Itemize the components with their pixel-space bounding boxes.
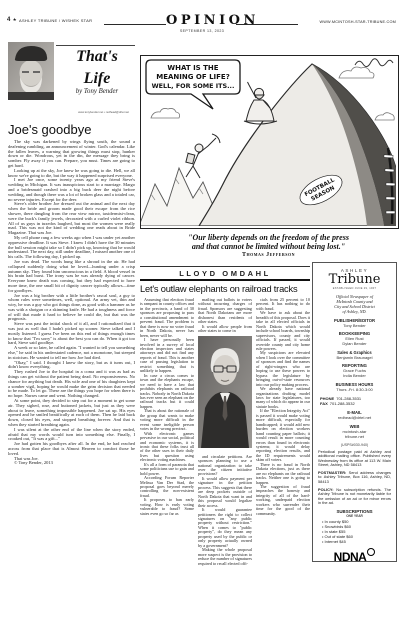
article-paragraph: It proposes to ban early voting. How is … <box>140 498 194 516</box>
omdahl-col2: mailing out ballots to voters without in… <box>198 298 252 612</box>
article-paragraph: It would guarantee petitioners the right… <box>198 508 252 548</box>
column-byline: by Tony Bender <box>59 88 135 95</box>
speech-bubble: WHAT IS THE MEANING OF LIFE? WELL, FOR S… <box>146 60 240 109</box>
legal-paragraph: Periodical postage paid at Ashley and ad… <box>318 450 391 468</box>
article-paragraph: There is no fraud in North Dakota electi… <box>256 463 310 485</box>
newspaper-opinion-page: 4 ★ ASHLEY TRIBUNE / WISHEK STAR OPINION… <box>0 0 400 618</box>
masthead-staff-entry: Sales & Graphics Benjamin Braunagel <box>318 350 391 360</box>
article-paragraph: I was silent at the other end of the lin… <box>8 428 135 442</box>
legal-paragraph: POSTMASTER: Send address changes to: Ash… <box>318 471 391 485</box>
issue-date: SEPTEMBER 13, 2023 <box>166 29 238 33</box>
joes-goodbye-headline: Joe's goodbye <box>8 122 135 137</box>
article-paragraph: According Forum Reporter Melissa Van Der… <box>140 476 194 498</box>
masthead-contact-list: E-MAIL redhead@drtel.net WEB mcintosh-st… <box>318 410 391 439</box>
article-paragraph: © Tony Bender, 2013 <box>8 461 135 466</box>
masthead-staff-entry: REPORTING Grace Fuchs India Bender <box>318 363 391 378</box>
masthead-legal: Periodical postage paid at Ashley and ad… <box>318 450 391 507</box>
phone-row: FAX 701-288-3532 <box>320 401 389 407</box>
column-title-line1: That's <box>59 49 135 64</box>
masthead-staff-list: PUBLISHER/EDITOR Tony Bender BOOKKEEPING… <box>318 318 391 392</box>
masthead-staff-entry: PUBLISHER/EDITOR Tony Bender <box>318 318 391 328</box>
column-title-rule <box>56 45 135 46</box>
subscriptions-list: • In county $50• Snowbirds $60• In state… <box>318 519 391 544</box>
article-paragraph: It would allow people from other states … <box>198 325 252 334</box>
omdahl-column: LLOYD OMDAHL Let's outlaw elephants on r… <box>140 266 310 612</box>
masthead-phone-list: PHONE 701-288-3531 FAX 701-288-3532 <box>318 396 391 407</box>
byline-rule-bottom <box>140 279 310 281</box>
article-paragraph: Steve was past the initial shock of it a… <box>8 322 135 346</box>
article-paragraph: Joe was a big brother with a little brot… <box>8 294 135 323</box>
header-left: 4 ★ ASHLEY TRIBUNE / WISHEK STAR <box>7 17 92 23</box>
header-divider-left <box>104 24 166 25</box>
masthead-established: ESTABLISHED JUNE 29, 1907 <box>318 287 391 290</box>
article-paragraph: It would allow payment per signature in … <box>198 477 252 508</box>
ndna-gear-icon <box>367 548 375 556</box>
thats-life-column: That's Life by Tony Bender www.tonybende… <box>8 42 135 466</box>
article-paragraph: mailing out ballots to voters without in… <box>198 298 252 325</box>
article-paragraph: In case a circus comes to town and the e… <box>140 374 194 410</box>
lloyd-omdahl-photo <box>198 336 252 448</box>
article-paragraph: Steve's older brother Joe dressed out th… <box>8 202 135 236</box>
tony-bender-photo <box>8 42 54 100</box>
editorial-cartoon: FOOTBALL SEASON <box>140 55 399 229</box>
column-title-line2: Life <box>59 71 135 86</box>
svg-text:WHAT IS THE: WHAT IS THE <box>167 64 218 72</box>
article-paragraph: My suspicions are elevated when I look o… <box>256 351 310 387</box>
article-paragraph: I met Joe once, some twenty years ago at… <box>8 178 135 202</box>
subscription-item: • Internet $45 <box>322 539 391 544</box>
legal-paragraph: POLICY: No subscription refunds. The Ash… <box>318 488 391 506</box>
masthead-usps: (USPS#030-940) <box>318 443 391 447</box>
masthead-official-newspaper: Official Newspaper of McIntosh County an… <box>318 294 391 314</box>
cartoonist-signature <box>355 59 393 67</box>
header-center: OPINION SEPTEMBER 13, 2023 <box>166 13 238 33</box>
joes-goodbye-body: The sky was darkened by wings flying sou… <box>8 140 135 466</box>
article-paragraph: cials from 25 percent to 10 percent. It … <box>256 298 310 311</box>
article-paragraph: and circulate petitions. Are sponsors pl… <box>198 455 252 477</box>
article-paragraph: Joe had gotten his goodbyes after all. I… <box>8 442 135 456</box>
article-paragraph: At some point, they decided to step out … <box>8 399 135 428</box>
article-paragraph: That is about the rationale of the group… <box>140 409 194 431</box>
subscriptions-subtitle: ONE YEAR <box>318 514 391 518</box>
guru-figure <box>244 82 277 124</box>
section-title: OPINION <box>166 13 238 28</box>
article-paragraph: We already have national organizations d… <box>256 387 310 409</box>
header-left-title: ASHLEY TRIBUNE / WISHEK STAR <box>19 18 92 23</box>
omdahl-col3: cials from 25 percent to 10 percent. It … <box>256 298 310 612</box>
svg-text:MEANING OF LIFE?: MEANING OF LIFE? <box>156 73 230 81</box>
paper-masthead-box: ASHLEY Tribune ESTABLISHED JUNE 29, 1907… <box>312 262 397 562</box>
article-paragraph: I have personally been involved in a sur… <box>140 338 194 374</box>
quote-attribution: Thomas Jefferson <box>140 252 397 258</box>
article-paragraph: They rushed Joe to the hospital in a com… <box>8 370 135 399</box>
quote-line1: "Our liberty depends on the freedom of t… <box>140 233 397 242</box>
article-paragraph: Making the whole proposal more suspect i… <box>198 548 252 566</box>
press-freedom-quote: "Our liberty depends on the freedom of t… <box>140 233 397 258</box>
masthead-contact-entry: E-MAIL redhead@drtel.net <box>318 410 391 420</box>
masthead-staff-entry: BOOKKEEPING Ellen Rust Dylan Bender <box>318 331 391 346</box>
masthead-staff-entry: BUSINESS HOURS Thurs -Fri. 8:30-3:00 <box>318 382 391 392</box>
omdahl-col1: Assuming that election fraud is rampant … <box>140 298 194 612</box>
masthead-name: Tribune <box>318 273 391 286</box>
masthead-contact-entry: WEB mcintosh-star tribune.net <box>318 424 391 439</box>
article-paragraph: If the "Election Integrity Act" is passe… <box>256 409 310 462</box>
article-paragraph: Assuming that election fraud is rampant … <box>140 298 194 338</box>
header-divider-right <box>236 24 298 25</box>
article-paragraph: My cell phone rang a few weeks ago when … <box>8 236 135 260</box>
article-paragraph: The sky was darkened by wings flying sou… <box>8 140 135 169</box>
article-paragraph: With electronic games pervasive in our s… <box>140 432 194 463</box>
article-paragraph: We have to ask about the breadth of this… <box>256 311 310 351</box>
svg-text:WELL, FOR SOME ITS...: WELL, FOR SOME ITS... <box>152 82 235 90</box>
omdahl-headline: Let's outlaw elephants on railroad track… <box>140 284 310 294</box>
page-number: 4 <box>7 17 11 23</box>
article-paragraph: A week or so later, he called again. "I … <box>8 346 135 360</box>
article-paragraph: The suggestion of fraud impeaches the ho… <box>256 485 310 516</box>
climber-figure <box>186 134 220 178</box>
ndna-logo: NDNA NORTH DAKOTA NEWSPAPER ASSOCIATION <box>318 548 391 562</box>
article-paragraph: Joe was dead. The words hung like a shro… <box>8 260 135 294</box>
article-paragraph: It's all a form of paranoia that some po… <box>140 463 194 476</box>
author-contact-line: www.tonybender.net • redhead@drtel.net <box>78 110 129 114</box>
quote-line2: and that cannot be limited without being… <box>140 242 397 251</box>
header-website: WWW.MCINTOSH-STAR-TRIBUNE.COM <box>319 20 396 24</box>
star-icon: ★ <box>13 17 17 23</box>
omdahl-byline: LLOYD OMDAHL <box>140 267 310 279</box>
